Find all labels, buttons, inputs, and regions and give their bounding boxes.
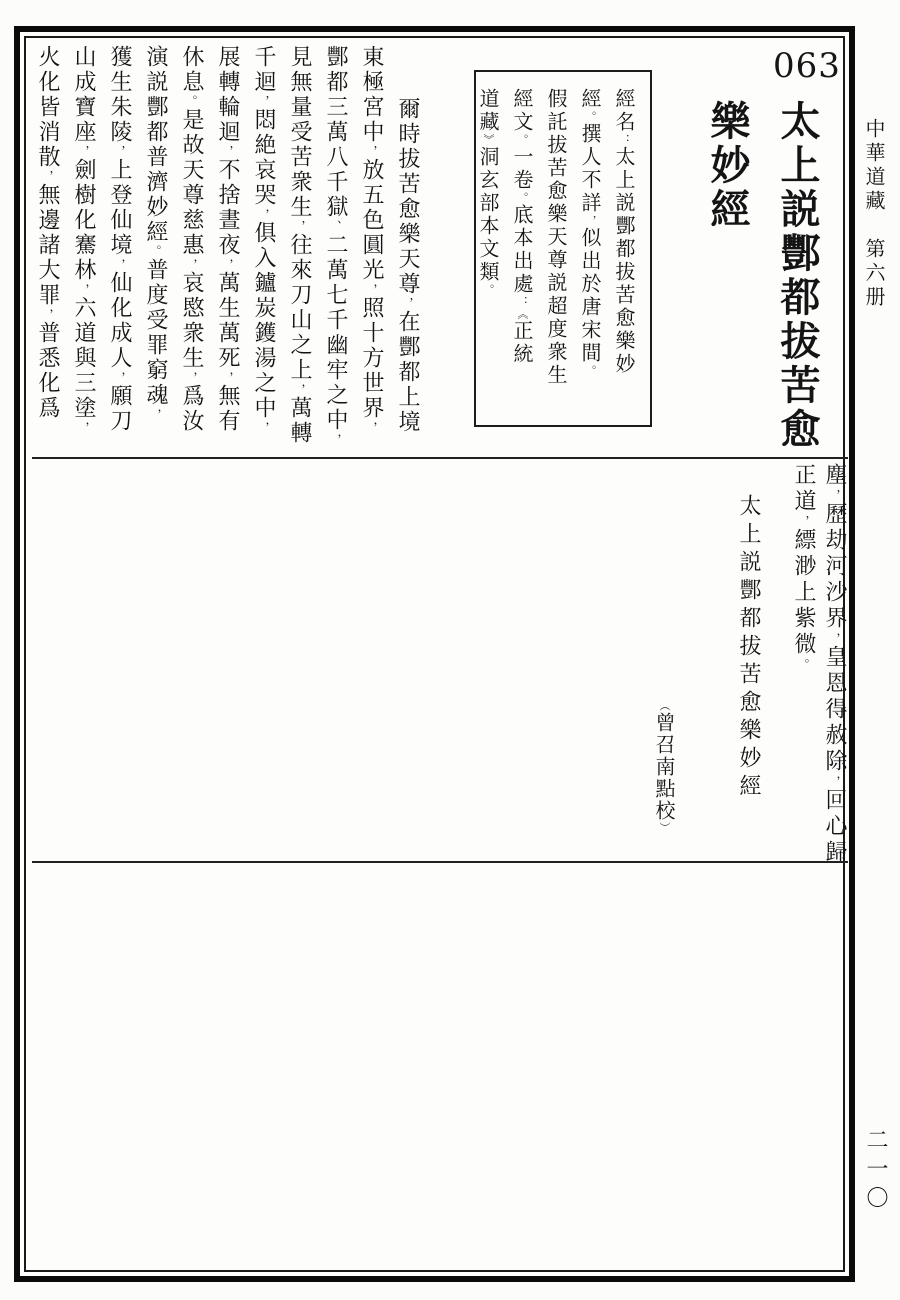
body-column: 東極宮中，放五色圓光，照十方世界， (353, 45, 389, 460)
body-column: 獲生朱陵，上登仙境，仙化成人，願刀 (101, 45, 137, 460)
abstract-column: 經名：太上説酆都拔苦愈樂妙 (607, 88, 641, 415)
folio-page-number: 二一〇 (862, 1128, 888, 1215)
body-column: 演説酆都普濟妙經。普度受罪窮魂， (137, 45, 173, 460)
body-column: 火化皆消散，無邊諸大罪，普悉化爲 (29, 45, 65, 460)
abstract-column: 經文。一卷。底本出處：《正統 (505, 88, 539, 415)
verse-column: 正道，縹渺上紫微。 (789, 463, 817, 671)
abstract-box: 經名：太上説酆都拔苦愈樂妙 經。撰人不詳，似出於唐宋間。 假託拔苦愈樂天尊説超度… (474, 70, 652, 427)
section-divider-1 (32, 457, 848, 459)
abstract-box-text: 經名：太上説酆都拔苦愈樂妙 經。撰人不詳，似出於唐宋間。 假託拔苦愈樂天尊説超度… (482, 88, 641, 415)
verse-column: 塵，歷劫河沙界，皇恩得赦除，回心歸 (820, 463, 848, 866)
body-column: 休息。是故天尊慈惠，哀愍衆生，爲汝 (173, 45, 209, 460)
section-divider-2 (32, 861, 848, 863)
body-column: 爾時拔苦愈樂天尊，在酆都上境 (389, 45, 425, 460)
scripture-title-column-1: 太上説酆都拔苦愈 (774, 100, 820, 452)
abstract-column: 道藏》洞玄部本文類。 (471, 88, 505, 415)
scripture-title-column-2: 樂妙經 (704, 100, 750, 232)
volume-label: 中華道藏 第六册 (861, 118, 887, 310)
body-column: 酆都三萬八千獄、二萬七千幽牢之中， (317, 45, 353, 460)
editor-credit: （曾召南點校） (652, 700, 676, 834)
body-column: 見無量受苦衆生，往來刀山之上，萬轉 (281, 45, 317, 460)
scripture-serial-number: 063 (773, 46, 841, 86)
body-column: 展轉輪迴，不捨晝夜，萬生萬死，無有 (209, 45, 245, 460)
scripture-body: 爾時拔苦愈樂天尊，在酆都上境 東極宮中，放五色圓光，照十方世界， 酆都三萬八千獄… (40, 45, 425, 460)
body-column: 山成寶座，劍樹化騫林，六道與三塗， (65, 45, 101, 460)
body-column: 千迴，悶絶哀哭，俱入鑪炭鑊湯之中， (245, 45, 281, 460)
abstract-column: 經。撰人不詳，似出於唐宋間。 (573, 88, 607, 415)
closing-title: 太上説酆都拔苦愈樂妙經 (735, 494, 762, 802)
abstract-column: 假託拔苦愈樂天尊説超度衆生 (539, 88, 573, 415)
